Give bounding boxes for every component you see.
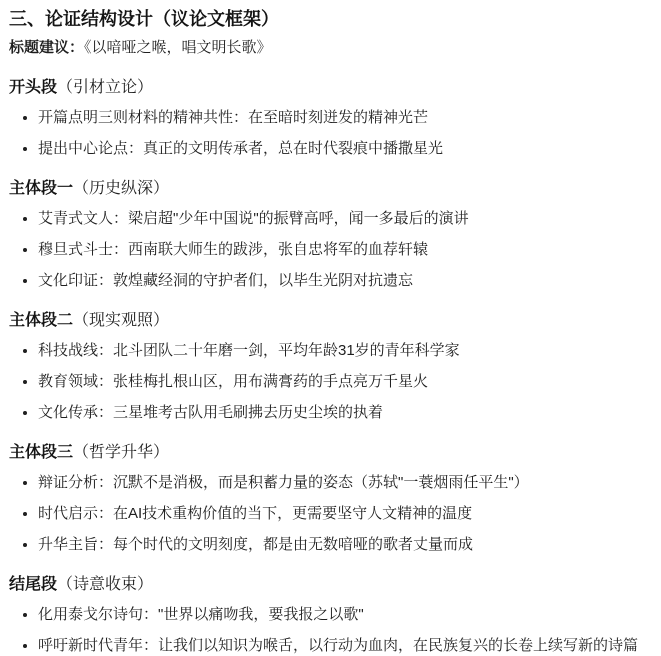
section-heading: 结尾段（诗意收束）: [9, 575, 651, 595]
section-heading: 主体段一（历史纵深）: [9, 179, 651, 199]
list-item: 提出中心论点：真正的文明传承者，总在时代裂痕中播撒星光: [38, 139, 651, 159]
section-body-2: 主体段二（现实观照） 科技战线：北斗团队二十年磨一剑，平均年龄31岁的青年科学家…: [9, 311, 651, 423]
bullet-list: 化用泰戈尔诗句："世界以痛吻我，要我报之以歌" 呼吁新时代青年：让我们以知识为喉…: [9, 605, 651, 656]
section-body-1: 主体段一（历史纵深） 艾青式文人：梁启超"少年中国说"的振臂高呼，闻一多最后的演…: [9, 179, 651, 291]
list-item: 辩证分析：沉默不是消极，而是积蓄力量的姿态（苏轼"一蓑烟雨任平生"）: [38, 473, 651, 493]
section-annotation: （哲学升华）: [73, 444, 169, 461]
list-item: 呼吁新时代青年：让我们以知识为喉舌，以行动为血肉，在民族复兴的长卷上续写新的诗篇: [38, 636, 651, 656]
list-item: 时代启示：在AI技术重构价值的当下，更需要坚守人文精神的温度: [38, 504, 651, 524]
bullet-list: 辩证分析：沉默不是消极，而是积蓄力量的姿态（苏轼"一蓑烟雨任平生"） 时代启示：…: [9, 473, 651, 555]
section-name: 结尾段: [9, 576, 57, 593]
section-annotation: （诗意收束）: [57, 576, 153, 593]
list-item: 科技战线：北斗团队二十年磨一剑，平均年龄31岁的青年科学家: [38, 341, 651, 361]
bullet-list: 科技战线：北斗团队二十年磨一剑，平均年龄31岁的青年科学家 教育领域：张桂梅扎根…: [9, 341, 651, 423]
section-annotation: （历史纵深）: [73, 180, 169, 197]
section-name: 主体段二: [9, 312, 73, 329]
bullet-list: 开篇点明三则材料的精神共性：在至暗时刻迸发的精神光芒 提出中心论点：真正的文明传…: [9, 108, 651, 159]
list-item: 艾青式文人：梁启超"少年中国说"的振臂高呼，闻一多最后的演讲: [38, 209, 651, 229]
list-item: 文化传承：三星堆考古队用毛刷拂去历史尘埃的执着: [38, 403, 651, 423]
section-annotation: （引材立论）: [57, 79, 153, 96]
section-heading: 主体段三（哲学升华）: [9, 443, 651, 463]
section-body-3: 主体段三（哲学升华） 辩证分析：沉默不是消极，而是积蓄力量的姿态（苏轼"一蓑烟雨…: [9, 443, 651, 555]
section-name: 主体段三: [9, 444, 73, 461]
title-suggestion: 标题建议：《以喑哑之喉，唱文明长歌》: [9, 38, 651, 58]
section-heading: 主体段二（现实观照）: [9, 311, 651, 331]
list-item: 穆旦式斗士：西南联大师生的跋涉，张自忠将军的血荐轩辕: [38, 240, 651, 260]
list-item: 教育领域：张桂梅扎根山区，用布满膏药的手点亮万千星火: [38, 372, 651, 392]
list-item: 升华主旨：每个时代的文明刻度，都是由无数喑哑的歌者丈量而成: [38, 535, 651, 555]
section-opening: 开头段（引材立论） 开篇点明三则材料的精神共性：在至暗时刻迸发的精神光芒 提出中…: [9, 78, 651, 159]
section-name: 主体段一: [9, 180, 73, 197]
section-name: 开头段: [9, 79, 57, 96]
section-heading: 开头段（引材立论）: [9, 78, 651, 98]
title-suggestion-label: 标题建议：: [9, 39, 84, 56]
bullet-list: 艾青式文人：梁启超"少年中国说"的振臂高呼，闻一多最后的演讲 穆旦式斗士：西南联…: [9, 209, 651, 291]
section-annotation: （现实观照）: [73, 312, 169, 329]
page-title: 三、论证结构设计（议论文框架）: [9, 8, 651, 30]
list-item: 文化印证：敦煌藏经洞的守护者们，以毕生光阴对抗遗忘: [38, 271, 651, 291]
list-item: 化用泰戈尔诗句："世界以痛吻我，要我报之以歌": [38, 605, 651, 625]
section-closing: 结尾段（诗意收束） 化用泰戈尔诗句："世界以痛吻我，要我报之以歌" 呼吁新时代青…: [9, 575, 651, 656]
list-item: 开篇点明三则材料的精神共性：在至暗时刻迸发的精神光芒: [38, 108, 651, 128]
title-suggestion-value: 《以喑哑之喉，唱文明长歌》: [84, 39, 272, 56]
document: { "document": { "title": "三、论证结构设计（议论文框架…: [0, 0, 661, 656]
